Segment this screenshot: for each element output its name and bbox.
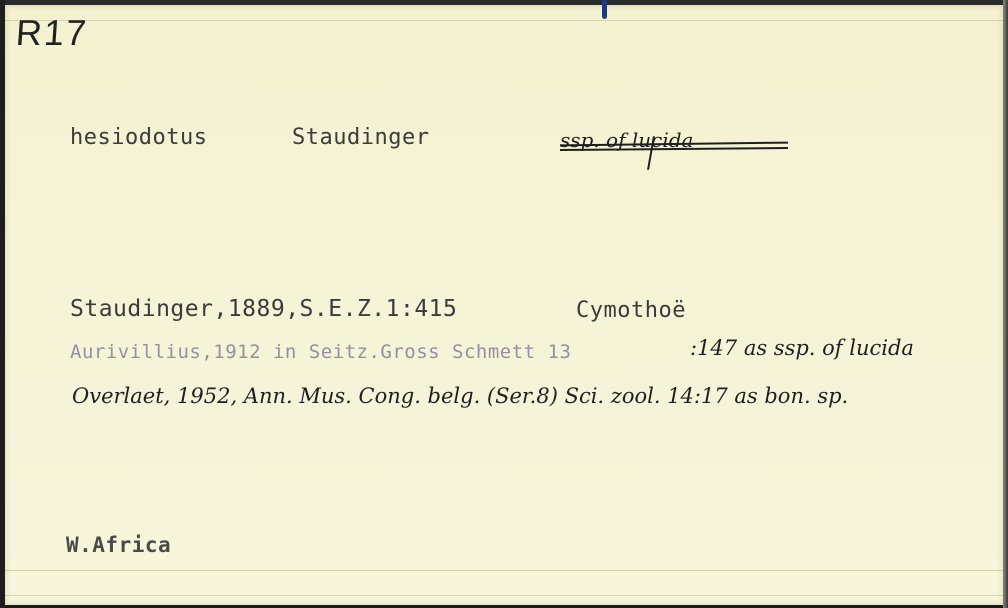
- genus-name: Cymothoë: [576, 298, 686, 323]
- card-right-edge: [1003, 0, 1008, 608]
- blue-ink-mark: [602, 0, 607, 19]
- reference-aurivillius-handwritten: :147 as ssp. of lucida: [690, 336, 914, 360]
- struck-out-note: ssp. of lucida: [560, 128, 790, 168]
- reference-overlaet-handwritten: Overlaet, 1952, Ann. Mus. Cong. belg. (S…: [72, 384, 848, 408]
- ruled-line: [5, 20, 1003, 21]
- species-author: Staudinger: [292, 125, 429, 150]
- original-citation: Staudinger,1889,S.E.Z.1:415: [70, 296, 457, 322]
- species-name: hesiodotus: [70, 125, 207, 150]
- reference-aurivillius-typed: Aurivillius,1912 in Seitz.Gross Schmett …: [70, 341, 571, 363]
- distribution-region: W.Africa: [66, 533, 171, 557]
- ruled-line: [5, 595, 1003, 596]
- reference-code: R17: [15, 12, 90, 54]
- ruled-line: [5, 570, 1003, 571]
